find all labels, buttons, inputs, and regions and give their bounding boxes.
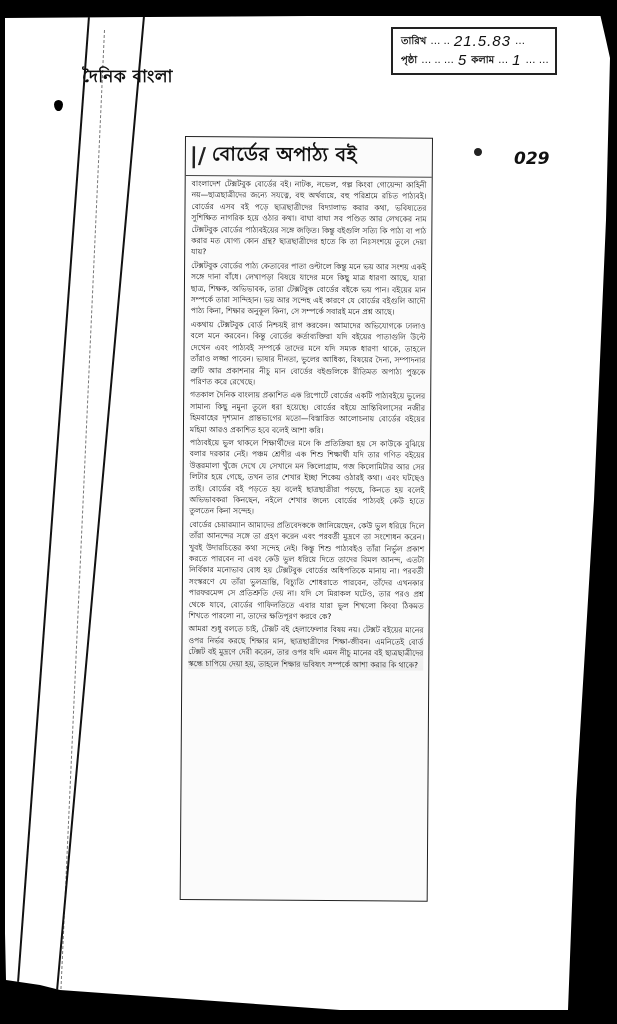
stamp-date-label: তারিখ bbox=[401, 32, 426, 51]
pen-slash-mark: |∕ bbox=[190, 144, 206, 169]
stamp-dots: … bbox=[515, 32, 525, 51]
article-paragraph: টেক্সটবুক বোর্ডের পাঠ্য কেতাবের পাতা ওল্… bbox=[191, 260, 426, 319]
stamp-dots: … bbox=[498, 51, 508, 70]
margin-rule-left bbox=[16, 16, 90, 994]
punch-hole-mark bbox=[474, 148, 482, 156]
archive-number: 029 bbox=[514, 149, 550, 169]
scan-border-top bbox=[0, 0, 617, 16]
article-paragraph: বোর্ডের চেয়ারম্যান আমাদের প্রতিবেদককে জ… bbox=[189, 519, 425, 623]
stamp-page-row: পৃষ্ঠা … .. … 5 কলাম … 1 … … bbox=[401, 51, 547, 70]
stamp-dots: … .. bbox=[430, 32, 450, 51]
stamp-column-value: 1 bbox=[512, 51, 521, 70]
scanned-page: দৈনিক বাংলা তারিখ … .. 21.5.83 … পৃষ্ঠা … bbox=[0, 0, 617, 1024]
scan-border-left bbox=[0, 0, 5, 1024]
article-paragraph: গতকাল দৈনিক বাংলায় প্রকাশিত এক রিপোর্টে… bbox=[190, 389, 425, 436]
article-body: বাংলাদেশ টেক্সটবুক বোর্ডের বই। নাটক, নভে… bbox=[182, 176, 431, 671]
margin-rule-right bbox=[56, 16, 145, 992]
newspaper-clipping: |∕ বোর্ডের অপাঠ্য বই বাংলাদেশ টেক্সটবুক … bbox=[180, 136, 433, 902]
newspaper-name: দৈনিক বাংলা bbox=[82, 64, 173, 92]
stamp-page-value: 5 bbox=[458, 51, 467, 70]
archive-stamp: তারিখ … .. 21.5.83 … পৃষ্ঠা … .. … 5 কলা… bbox=[391, 27, 557, 75]
article-paragraph: পাঠ্যবইয়ে ভুল থাকলে শিক্ষার্থীদের মনে ক… bbox=[189, 437, 425, 518]
stamp-date-row: তারিখ … .. 21.5.83 … bbox=[401, 32, 547, 51]
stamp-page-label: পৃষ্ঠা bbox=[401, 51, 417, 70]
article-paragraph: একথায় টেক্সটবুক বোর্ড নিশ্চয়ই রাগ করবে… bbox=[190, 319, 425, 389]
stamp-dots: … .. … bbox=[421, 51, 454, 70]
stamp-column-label: কলাম bbox=[471, 51, 494, 70]
stamp-date-value: 21.5.83 bbox=[454, 32, 511, 51]
stamp-dots: … … bbox=[526, 51, 549, 70]
article-headline: বোর্ডের অপাঠ্য বই bbox=[212, 140, 357, 173]
clipping-header: |∕ বোর্ডের অপাঠ্য বই bbox=[186, 137, 432, 178]
article-paragraph: বাংলাদেশ টেক্সটবুক বোর্ডের বই। নাটক, নভে… bbox=[191, 178, 427, 259]
article-paragraph: আমরা শুধু বলতে চাই, টেক্সট বই হেলাফেলার … bbox=[188, 623, 423, 670]
ink-blot bbox=[54, 100, 63, 111]
